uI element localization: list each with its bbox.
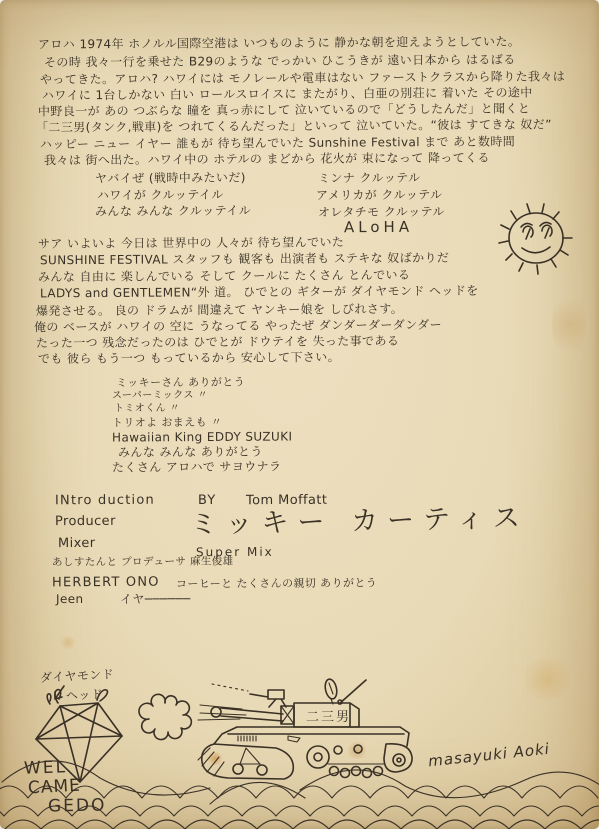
intro-line: ハワイに 1台しかない 白い ロールスロイスに またがり、白亜の別荘に 着いた … xyxy=(42,87,533,102)
sun-doodle-icon xyxy=(486,198,586,278)
chant-line-left: ヤバイぜ (戦時中みたいだ) xyxy=(95,172,246,185)
festival-line: 爆発させる。 良の ドラムが 間違えて ヤンキー娘を しびれさす。 xyxy=(36,303,403,317)
chant-line-right: オレタチモ クルッテル xyxy=(318,206,445,219)
credit-by-label: BY xyxy=(198,494,217,507)
diamond-doodle xyxy=(36,690,122,782)
festival-line: 俺の ベースが ハワイの 空に うなってる やったぜ ダンダーダーダンダー xyxy=(34,319,442,333)
wave-lines xyxy=(0,761,599,829)
producer-name: ミッキー カーティス xyxy=(190,504,529,538)
credit-herbert-thanks: コーヒーと たくさんの親切 ありがとう xyxy=(176,577,377,589)
stain xyxy=(58,636,78,649)
tank-drawing xyxy=(198,678,412,779)
intro-line: その時 我々一行を乗せた B29のような でっかい ひこうきが 遠い日本から は… xyxy=(44,54,516,69)
intro-line: 我々は 街へ出た。ハワイ中の ホテルの まどから 花火が 束になって 降ってくる xyxy=(44,152,490,167)
festival-line: みんな 自由に 楽しんでいる そして クールに たくさん とんでいる xyxy=(38,269,410,283)
thanks-line: スーパーミックス 〃 xyxy=(112,391,208,402)
credit-mixer-label: Mixer xyxy=(58,537,96,550)
chant-line-right: アメリカが クルッテル xyxy=(316,189,442,202)
chant-line-left: みんな みんな クルッテイル xyxy=(95,205,251,218)
thanks-line: トミオくん 〃 xyxy=(114,404,180,414)
festival-line: SUNSHINE FESTIVAL スタッフも 観客も 出演者も ステキな 奴ば… xyxy=(40,252,449,266)
chant-line-left: ハワイが クルッテイル xyxy=(97,189,224,202)
thanks-line: みんな みんな ありがとう xyxy=(118,446,263,459)
thanks-line: たくさん アロハで サヨウナラ xyxy=(112,460,281,473)
credit-jeen-name: Jeen xyxy=(56,593,84,605)
festival-line: でも 彼ら もう一つ もっているから 安心して下さい。 xyxy=(38,351,340,365)
credit-producer-label: Producer xyxy=(55,515,116,528)
bottom-doodles: 二三男 xyxy=(0,650,599,829)
stain xyxy=(552,290,586,360)
thanks-line: Hawaiian King EDDY SUZUKI xyxy=(112,430,292,443)
festival-line: たった一つ 残念だったのは ひでとが ドウテイを 失った事である xyxy=(36,335,399,349)
aloha-text: ALoHA xyxy=(344,220,413,235)
credit-herbert-name: HERBERT ONO xyxy=(52,576,160,590)
thanks-line: トリオよ おまえも 〃 xyxy=(112,417,222,429)
intro-line: 「二三男(タンク,戦車)を つれてくるんだった」といって 泣いていた。“彼は す… xyxy=(36,118,552,133)
credit-assistant-line: あしすたんと プロデューサ 麻生俊雄 xyxy=(52,556,234,568)
scanned-letter-page: アロハ 1974年 ホノルル国際空港は いつものように 静かな朝を迎えようとして… xyxy=(0,0,599,829)
credit-introduction-label: INtro duction xyxy=(55,494,155,508)
tank-name-text: 二三男 xyxy=(306,710,351,725)
chant-line-right: ミンナ クルッテル xyxy=(318,172,421,185)
intro-line: やってきた。アロハ? ハワイには モノレールや電車はない ファーストクラスから降… xyxy=(40,70,565,85)
festival-line: サア いよいよ 今日は 世界中の 人々が 待ち望んでいた xyxy=(38,236,344,250)
intro-line: ハッピー ニュー イヤー 誰もが 待ち望んでいた Sunshine Festiv… xyxy=(40,136,515,151)
thanks-line: ミッキーさん ありがとう xyxy=(116,377,245,389)
credit-jeen-cry: イヤ────── xyxy=(120,593,191,605)
intro-line: アロハ 1974年 ホノルル国際空港は いつものように 静かな朝を迎えようとして… xyxy=(38,36,520,51)
credit-introduction-name: Tom Moffatt xyxy=(246,494,327,507)
intro-line: 中野良一が あの つぶらな 瞳を 真っ赤にして 泣いているので「どうしたんだ」と… xyxy=(38,102,530,117)
festival-line: LADYS and GENTLEMEN“外 道。 ひでとの ギターが ダイヤモン… xyxy=(40,285,479,300)
